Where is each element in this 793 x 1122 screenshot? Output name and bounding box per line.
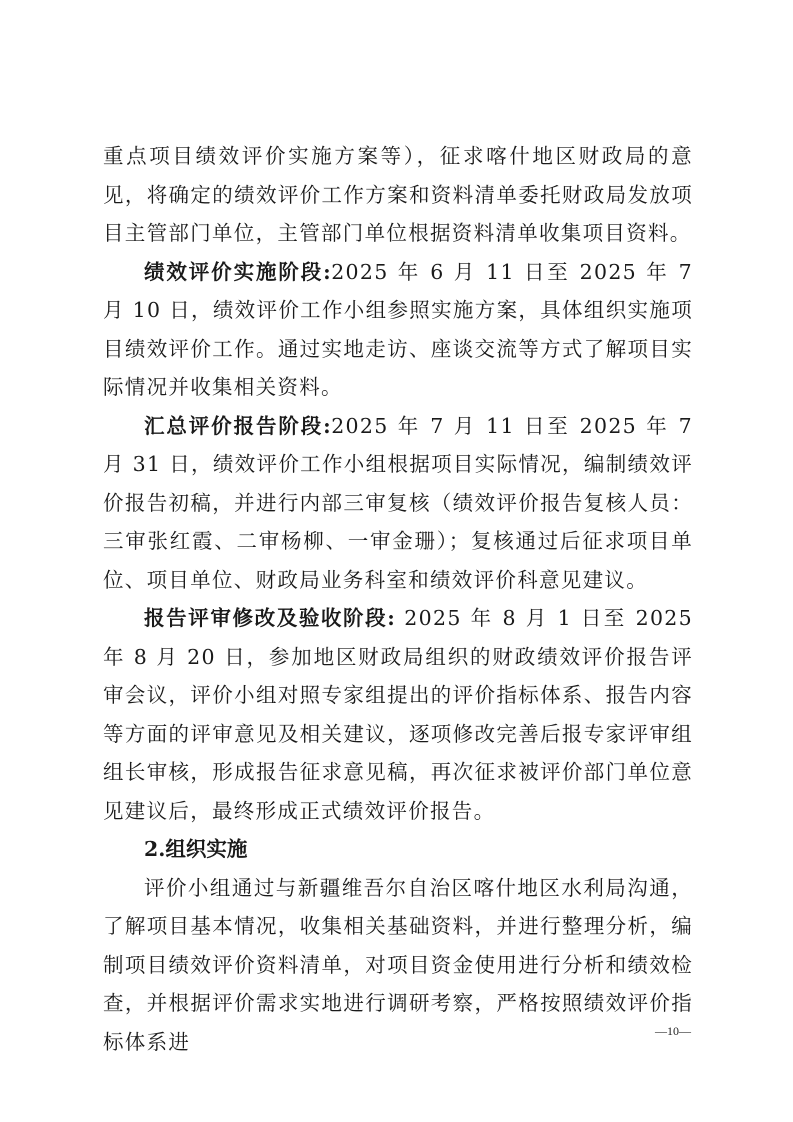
document-page: 重点项目绩效评价实施方案等），征求喀什地区财政局的意见，将确定的绩效评价工作方案… <box>0 0 793 1122</box>
paragraph-implementation-stage: 绩效评价实施阶段:2025 年 6 月 11 日至 2025 年 7 月 10 … <box>103 253 693 407</box>
page-number: —10— <box>655 1024 691 1039</box>
section-heading: 2.组织实施 <box>103 830 693 869</box>
paragraph-continuation: 重点项目绩效评价实施方案等），征求喀什地区财政局的意见，将确定的绩效评价工作方案… <box>103 137 693 253</box>
stage-label: 汇总评价报告阶段: <box>144 414 331 438</box>
paragraph-text: 2025 年 7 月 11 日至 2025 年 7 月 31 日，绩效评价工作小… <box>103 414 693 592</box>
paragraph-organization: 评价小组通过与新疆维吾尔自治区喀什地区水利局沟通，了解项目基本情况，收集相关基础… <box>103 869 693 1062</box>
paragraph-text: 2025 年 8 月 1 日至 2025 年 8 月 20 日，参加地区财政局组… <box>103 606 693 823</box>
paragraph-text: 重点项目绩效评价实施方案等），征求喀什地区财政局的意见，将确定的绩效评价工作方案… <box>103 144 693 245</box>
stage-label: 绩效评价实施阶段: <box>144 260 331 284</box>
paragraph-review-acceptance-stage: 报告评审修改及验收阶段: 2025 年 8 月 1 日至 2025 年 8 月 … <box>103 599 693 830</box>
paragraph-report-summary-stage: 汇总评价报告阶段:2025 年 7 月 11 日至 2025 年 7 月 31 … <box>103 407 693 600</box>
page-body: 重点项目绩效评价实施方案等），征求喀什地区财政局的意见，将确定的绩效评价工作方案… <box>103 137 693 1061</box>
stage-label: 报告评审修改及验收阶段: <box>144 606 395 630</box>
